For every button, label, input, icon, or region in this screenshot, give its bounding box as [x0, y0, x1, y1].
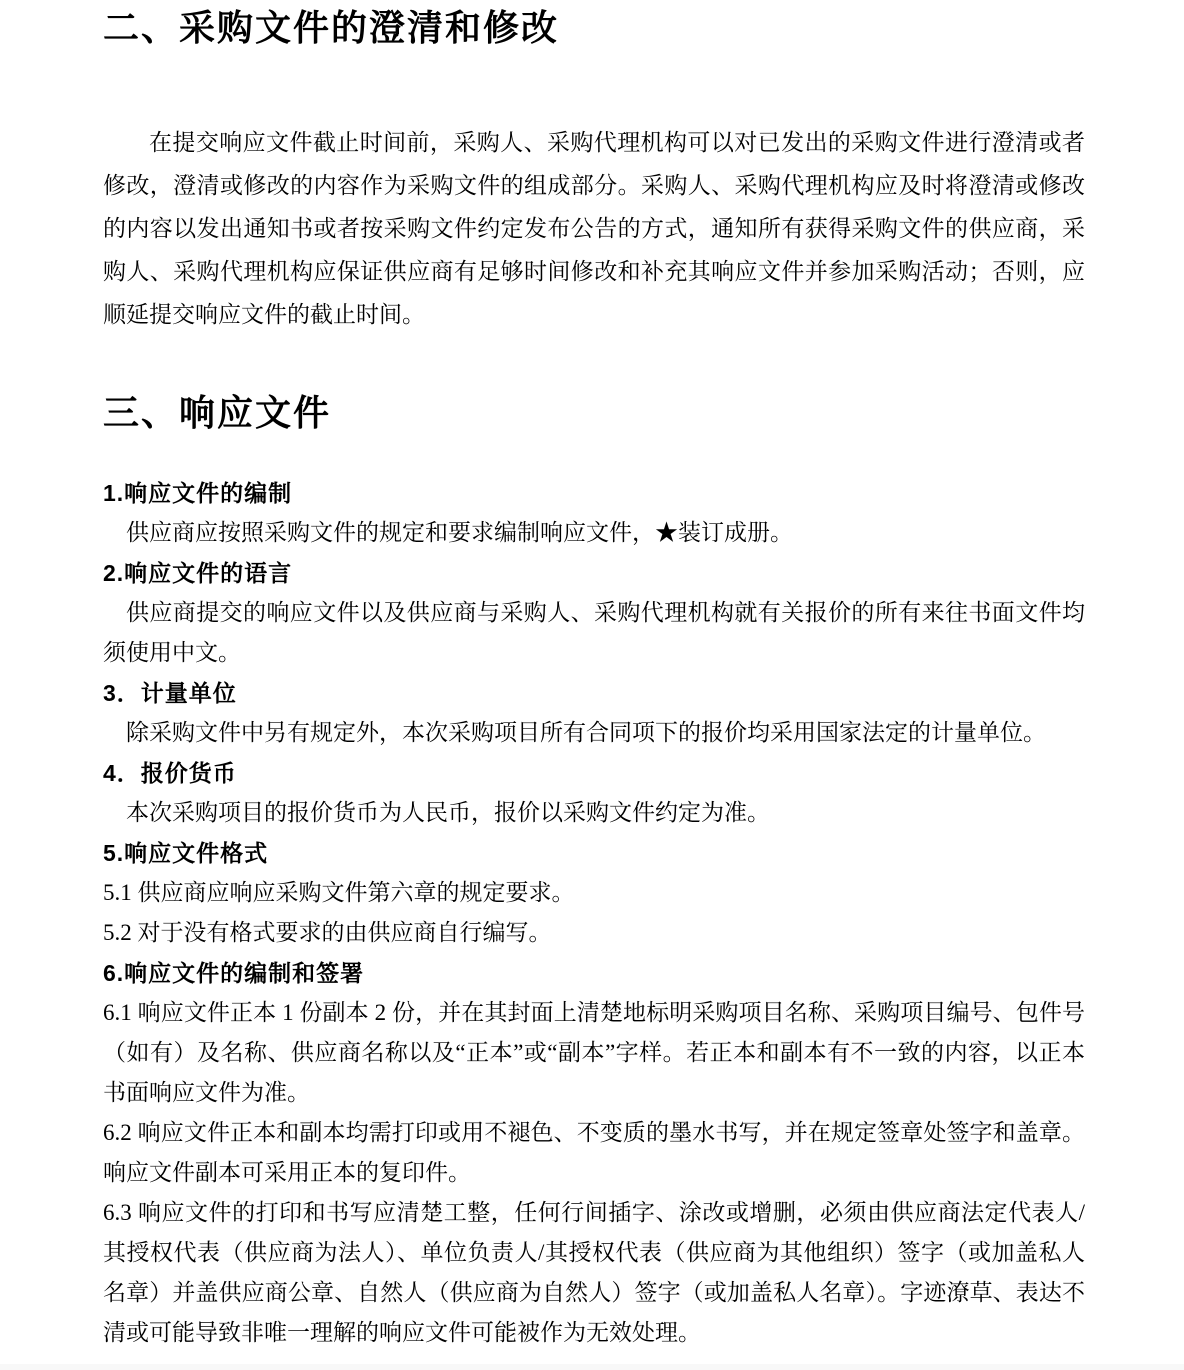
item-1-heading: 1.响应文件的编制: [103, 473, 1085, 513]
item-1-body: 供应商应按照采购文件的规定和要求编制响应文件，★装订成册。: [103, 513, 1085, 553]
item-2-heading: 2.响应文件的语言: [103, 553, 1085, 593]
item-5-clause-2: 5.2 对于没有格式要求的由供应商自行编写。: [103, 913, 1085, 953]
item-4-heading: 4．报价货币: [103, 753, 1085, 793]
page-bottom-edge: [0, 1364, 1184, 1370]
section-3-items: 1.响应文件的编制 供应商应按照采购文件的规定和要求编制响应文件，★装订成册。 …: [103, 473, 1085, 1353]
section-3-title: 三、响应文件: [103, 391, 1085, 435]
item-3-body: 除采购文件中另有规定外，本次采购项目所有合同项下的报价均采用国家法定的计量单位。: [103, 713, 1085, 753]
item-6-clause-3: 6.3 响应文件的打印和书写应清楚工整，任何行间插字、涂改或增删，必须由供应商法…: [103, 1193, 1085, 1353]
section-2-title: 二、采购文件的澄清和修改: [103, 6, 1085, 50]
item-2-body: 供应商提交的响应文件以及供应商与采购人、采购代理机构就有关报价的所有来往书面文件…: [103, 593, 1085, 673]
item-5-clause-1: 5.1 供应商应响应采购文件第六章的规定要求。: [103, 873, 1085, 913]
item-6-clause-1: 6.1 响应文件正本 1 份副本 2 份，并在其封面上清楚地标明采购项目名称、采…: [103, 993, 1085, 1113]
item-6-heading: 6.响应文件的编制和签署: [103, 953, 1085, 993]
document-page: 二、采购文件的澄清和修改 在提交响应文件截止时间前，采购人、采购代理机构可以对已…: [0, 6, 1184, 1353]
item-6-clause-2: 6.2 响应文件正本和副本均需打印或用不褪色、不变质的墨水书写，并在规定签章处签…: [103, 1113, 1085, 1193]
item-5-heading: 5.响应文件格式: [103, 833, 1085, 873]
section-2-paragraph: 在提交响应文件截止时间前，采购人、采购代理机构可以对已发出的采购文件进行澄清或者…: [103, 121, 1085, 336]
item-4-body: 本次采购项目的报价货币为人民币，报价以采购文件约定为准。: [103, 793, 1085, 833]
item-3-heading: 3．计量单位: [103, 673, 1085, 713]
